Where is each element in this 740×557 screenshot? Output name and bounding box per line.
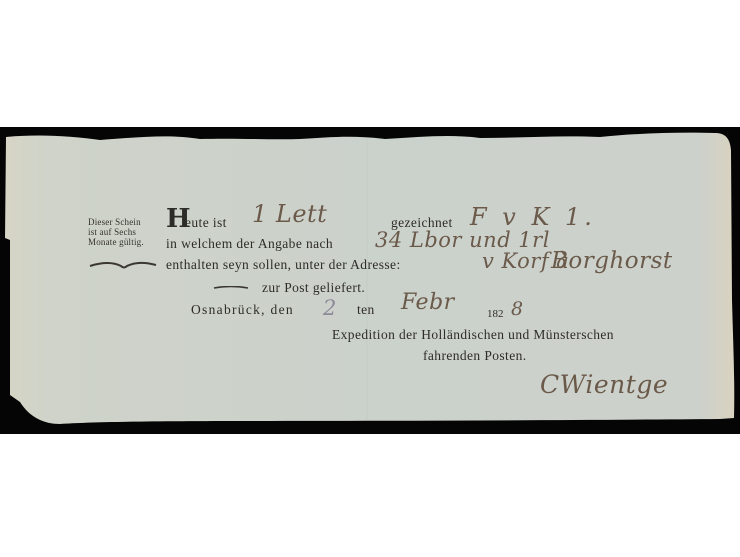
validity-note-line3: Monate gültig. — [88, 237, 144, 247]
office-line1: Expedition der Holländischen und Münster… — [332, 327, 614, 343]
ten-text: ten — [357, 302, 375, 318]
angabe-text: in welchem der Angabe nach — [166, 236, 333, 252]
validity-note-line2: ist auf Sechs — [88, 227, 136, 237]
paper-sheet — [0, 0, 740, 557]
handwritten-day: 2 — [323, 296, 337, 320]
office-line2: fahrenden Posten. — [423, 348, 527, 364]
place-date-text: Osnabrück, den — [191, 302, 294, 318]
enthalten-text: enthalten seyn sollen, unter der Adresse… — [166, 257, 401, 273]
handwritten-month: Febr — [401, 290, 455, 315]
short-dash-icon — [213, 286, 249, 290]
year-prefix: 182 — [487, 308, 504, 320]
handwritten-signature: CWientge — [540, 370, 668, 399]
heute-ist-text: eute ist — [185, 215, 227, 231]
ornamental-flourish-icon — [88, 260, 158, 270]
validity-note-line1: Dieser Schein — [88, 217, 141, 227]
handwritten-address-place: Borghorst — [551, 248, 673, 274]
handwritten-year-suffix: 8 — [511, 298, 524, 320]
handwritten-item-count: 1 Lett — [252, 200, 327, 228]
zur-post-text: zur Post geliefert. — [262, 280, 365, 296]
handwritten-mark: F v K 1. — [470, 203, 596, 231]
